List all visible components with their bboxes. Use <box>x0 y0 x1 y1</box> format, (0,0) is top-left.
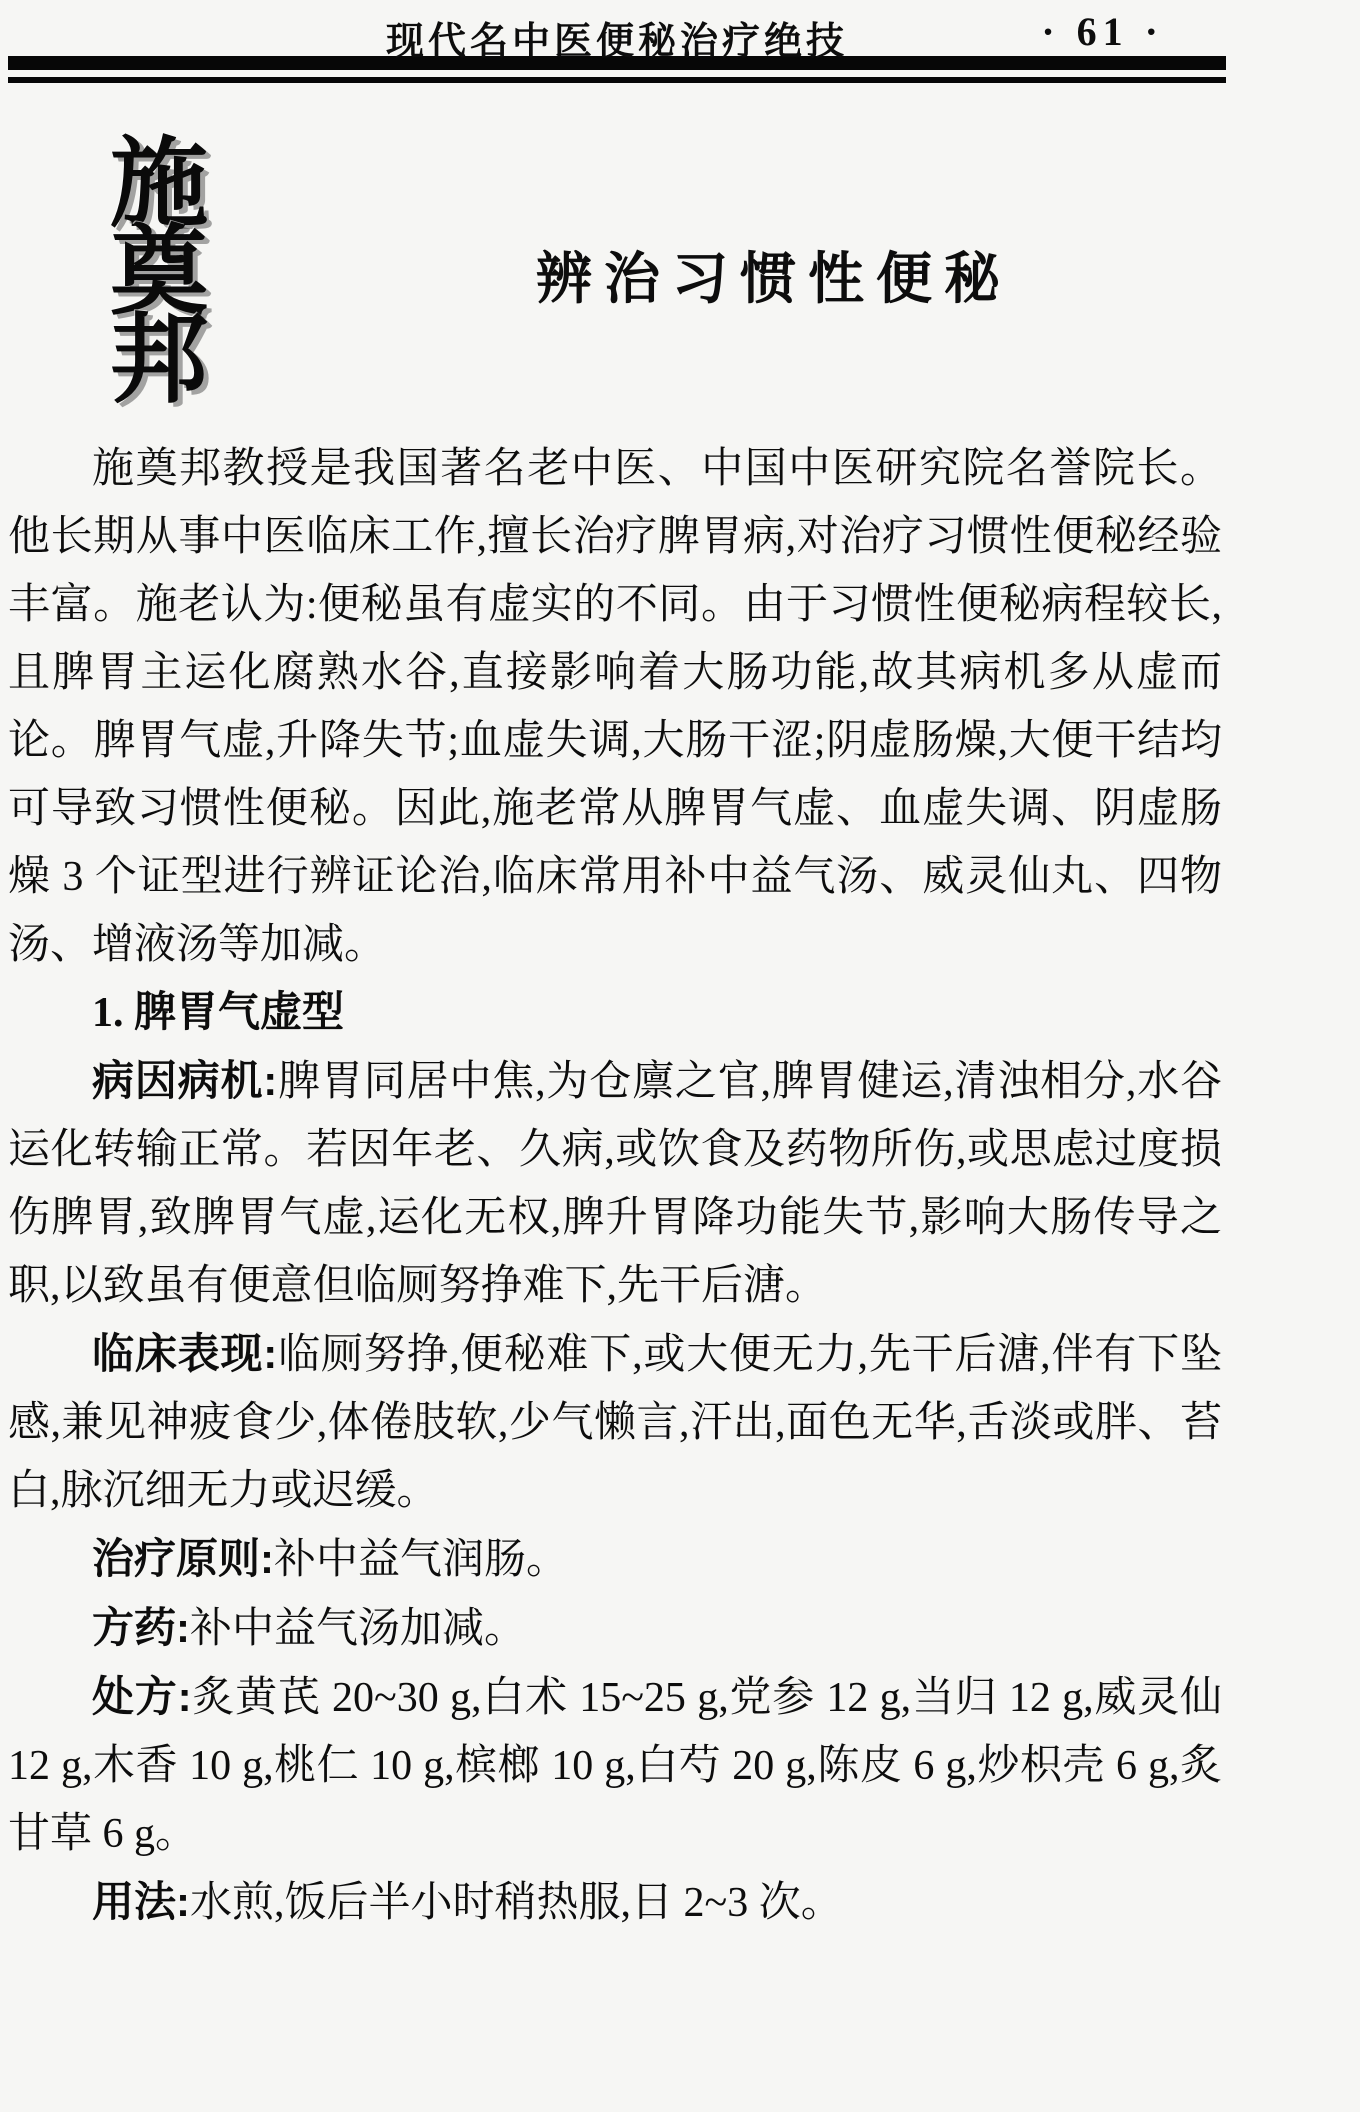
paragraph-usage: 用法:水煎,饭后半小时稍热服,日 2~3 次。 <box>8 1868 1222 1937</box>
author-char-1: 施 <box>94 141 224 229</box>
paragraph-etiology: 病因病机:脾胃同居中焦,为仓廪之官,脾胃健运,清浊相分,水谷运化转输正常。若因年… <box>8 1047 1222 1320</box>
paragraph-clinical: 临床表现:临厕努挣,便秘难下,或大便无力,先干后溏,伴有下坠感,兼见神疲食少,体… <box>8 1320 1222 1525</box>
paragraph-principle-label: 治疗原则: <box>92 1535 274 1582</box>
page-number: · 61 · <box>1041 8 1164 55</box>
paragraph-etiology-label: 病因病机: <box>92 1057 277 1104</box>
paragraph-prescription: 处方:炙黄芪 20~30 g,白术 15~25 g,党参 12 g,当归 12 … <box>8 1663 1222 1868</box>
paragraph-clinical-label: 临床表现: <box>92 1330 277 1377</box>
paragraph-intro-text: 施奠邦教授是我国著名老中医、中国中医研究院名誉院长。他长期从事中医临床工作,擅长… <box>8 446 1222 968</box>
subsection-heading: 1. 脾胃气虚型 <box>8 979 1222 1047</box>
paragraph-usage-text: 水煎,饭后半小时稍热服,日 2~3 次。 <box>190 1880 843 1926</box>
page-inner: 现代名中医便秘治疗绝技 · 61 · 施 奠 邦 辨治习惯性便秘 施奠邦教授是我… <box>8 0 1226 1937</box>
paragraph-formula-label: 方药: <box>92 1604 190 1651</box>
section-title: 辨治习惯性便秘 <box>536 235 1012 315</box>
running-head: 现代名中医便秘治疗绝技 · 61 · <box>8 0 1226 56</box>
book-title: 现代名中医便秘治疗绝技 <box>386 10 848 65</box>
book-page: 现代名中医便秘治疗绝技 · 61 · 施 奠 邦 辨治习惯性便秘 施奠邦教授是我… <box>0 0 1360 2112</box>
paragraph-usage-label: 用法: <box>92 1878 190 1925</box>
paragraph-prescription-label: 处方: <box>92 1673 192 1720</box>
author-char-2: 奠 <box>94 229 224 317</box>
paragraph-formula-text: 补中益气汤加减。 <box>190 1606 526 1652</box>
paragraph-formula: 方药:补中益气汤加减。 <box>8 1594 1222 1663</box>
author-name-vertical: 施 奠 邦 <box>94 141 224 405</box>
chapter-hero: 施 奠 邦 辨治习惯性便秘 <box>8 83 1226 435</box>
paragraph-principle: 治疗原则:补中益气润肠。 <box>8 1525 1222 1594</box>
body-text: 施奠邦教授是我国著名老中医、中国中医研究院名誉院长。他长期从事中医临床工作,擅长… <box>8 435 1222 1937</box>
author-char-3: 邦 <box>94 317 224 405</box>
paragraph-principle-text: 补中益气润肠。 <box>274 1537 568 1583</box>
paragraph-intro: 施奠邦教授是我国著名老中医、中国中医研究院名誉院长。他长期从事中医临床工作,擅长… <box>8 435 1222 979</box>
